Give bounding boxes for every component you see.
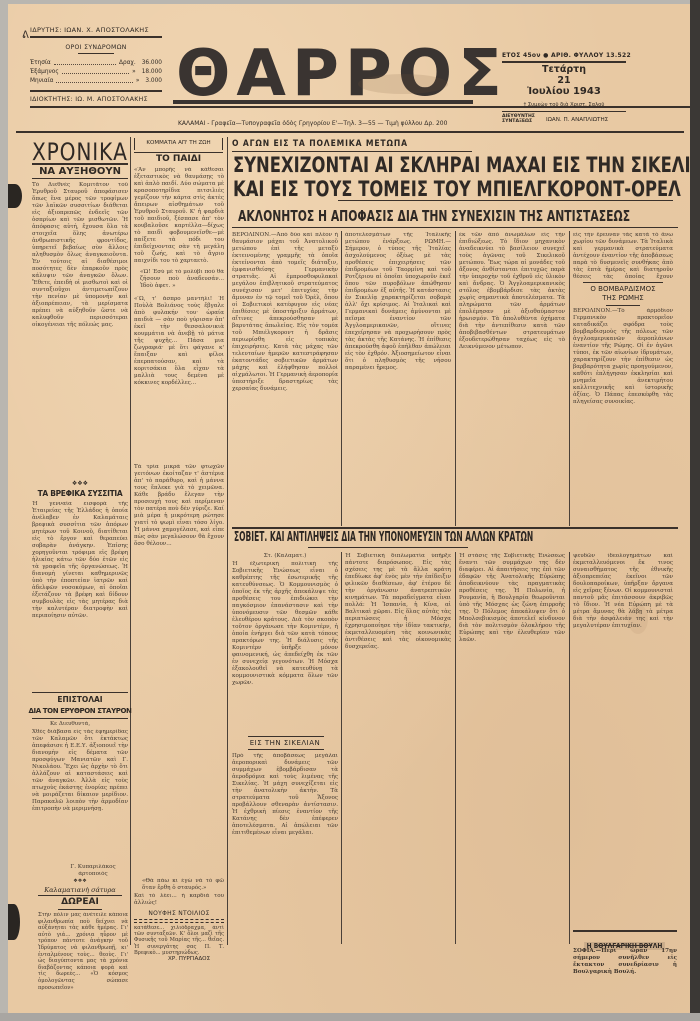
article-body: Τὸ Διεθνὲς Κομιτᾶτον τοῦ Ἐρυθροῦ Σταυροῦ… [32, 182, 128, 476]
dot-leader [62, 68, 129, 74]
scan-edge-right [690, 0, 700, 1021]
paper-damage [8, 904, 20, 940]
article-quote: «Θὰ πάω κι ἐγὼ νὰ τὸ φῶ ὅταν ἔρθη ὁ σταυ… [142, 878, 224, 892]
headline-underline [338, 200, 673, 201]
founder-rule [30, 36, 162, 38]
director-name: ΙΩΑΝ. Π. ΑΝΑΠΛΙΩΤΗΣ [546, 117, 608, 123]
issue-rule [502, 61, 626, 63]
letter-signature: Γ. Κυπαριλάκος [58, 864, 128, 871]
article-title-rule [32, 178, 128, 179]
subscription-row: Ἑξάμηνος » 18.000 [30, 68, 162, 77]
subscription-row: Μηνιαία » 3.000 [30, 77, 162, 86]
bulgaria-article-body: ΣΟΦΙΑ.—Περὶ ὥραν 17ην σήμερον συνῆλθεν ε… [573, 948, 677, 978]
owner-line: ΙΔΙΟΚΤΗΤΗΣ: ΙΩ. Μ. ΑΠΟΣΤΟΛΑΚΗΣ [30, 96, 148, 103]
kicker-rule [134, 152, 223, 153]
subscription-price: 36.000 [142, 59, 162, 68]
article-body: «Ὢ, τ' ἄσπρο μαντήλι! Ἡ Ποὺλὰ Βολιάνος τ… [134, 296, 224, 462]
subscription-title-rule [78, 53, 114, 54]
stain [628, 604, 648, 634]
column-divider [227, 137, 228, 945]
soviet-col-3: Ἡ στάσις τῆς Σοβιετικῆς Ἑνώσεως ἔναντι τ… [459, 553, 565, 943]
kicker-rule [232, 151, 472, 152]
subscription-price: 18.000 [142, 68, 162, 77]
article-title-na-afxithoun: ΝΑ ΑΥΞΗΘΟΥΝ [32, 166, 128, 177]
subhead-rule [232, 227, 678, 228]
section-rule [248, 749, 324, 750]
wavy-divider [134, 919, 224, 923]
letter-salutation: Κε Διευθυντά, [50, 721, 128, 728]
article-title-rule [58, 909, 102, 910]
article-title-rule [32, 718, 128, 719]
satire-kicker: Καλαματιανὴ σάτυρα [32, 886, 128, 894]
section-rule [32, 163, 128, 165]
subscription-table: Ἐτησία Δραχ. 36.000 Ἑξάμηνος » 18.000 Μη… [30, 59, 162, 86]
soviet-headline: ΣΟΒΙΕΤ. ΚΑΙ ΑΝΤΙΛΗΨΕΙΣ ΔΙΑ ΤΗΝ ΥΠΟΝΟΜΕΥΣ… [234, 531, 533, 544]
footer-text: κατάθεσε... χιλιόδραχμα, ἀντὶ τῶν συνταξ… [134, 925, 224, 955]
sicily-article-body: Πρὸ τῆς ἀποβάσεως μεγάλαι ἀεροπορικαὶ δυ… [232, 753, 338, 943]
article-closing: Καὶ τὸ λέει... ἡ καρδιά του ἀλλιώς! [134, 893, 224, 907]
footer-signature: ΧΡ. ΠΥΡΓΙΑΔΟΣ [168, 956, 210, 962]
subscription-title: ΟΡΟΙ ΣΥΝΔΡΟΜΩΝ [30, 44, 162, 51]
column-divider [341, 552, 342, 944]
weekday: Τετάρτη [502, 64, 626, 75]
article-signature: ΝΟΥΦΗΣ ΝΤΟΙΛΙΟΣ [134, 910, 224, 917]
column-divider [569, 231, 570, 526]
subscription-currency: » [132, 68, 136, 77]
section-rule [573, 930, 677, 932]
section-title-chronika: ΧΡΟΝΙΚΑ [32, 138, 128, 166]
column-divider [569, 552, 570, 944]
director-label: ΔΙΕΥΘΥΝΤΗΣ ΣΥΝΤΑΞΕΩΣ [502, 114, 535, 124]
rome-title-1: Ο ΒΟΜΒΑΡΔΙΣΜΟΣ [573, 285, 673, 294]
sicily-title: ΕΙΣ ΤΗΝ ΣΙΚΕΛΙΑΝ [232, 739, 338, 747]
newspaper-page: ΙΔΡΥΤΗΣ: ΙΩΑΝ. Χ. ΑΠΟΣΤΟΛΑΚΗΣ ΟΡΟΙ ΣΥΝΔΡ… [8, 4, 692, 1014]
subscription-label: Μηνιαία [30, 77, 53, 86]
column-divider [455, 231, 456, 526]
dot-leader [56, 77, 132, 83]
article-quote: «Ὡ! Ἐσὺ μὲ τὸ μολύβι ποὺ θὰ ζήσουν ποὺ ἀ… [140, 269, 224, 293]
director-label-2: ΣΥΝΤΑΞΕΩΣ [502, 119, 535, 124]
section-rule [248, 736, 324, 737]
satire-rule [38, 895, 122, 896]
divider-ornament: ❖❖❖ [32, 878, 128, 884]
rome-title-rule [606, 305, 640, 306]
subscription-price: 3.000 [145, 77, 162, 86]
war-news-col-4: εἰς τὴν ἔρευναν τὰς κατὰ τὸ ἄνω χωρίου τ… [573, 232, 673, 280]
scan-edge-bottom [0, 1013, 700, 1021]
founder-line: ΙΔΡΥΤΗΣ: ΙΩΑΝ. Χ. ΑΠΟΣΤΟΛΑΚΗΣ [30, 26, 149, 34]
rome-rule [583, 282, 663, 283]
date-block: Τετάρτη 21 Ἰουλίου 1943 [502, 64, 626, 97]
soviet-col-4: ψευδῶν ἰδεολογημάτων καὶ ἐκμεταλλευόμενο… [573, 553, 673, 925]
subscription-currency: » [136, 77, 140, 86]
article-body: Τὰ τρία μικρὰ τῶν φτωχῶν γειτόνων ἐκοίτα… [134, 464, 224, 872]
section-rule [232, 527, 678, 529]
headline-sicily: ΣΥΝΕΧΙΖΟΝΤΑΙ ΑΙ ΣΚΛΗΡΑΙ ΜΑΧΑΙ ΕΙΣ ΤΗΝ ΣΙ… [233, 155, 700, 176]
corner-mark: ᕕ [22, 30, 29, 41]
newspaper-title: ΘΑΡΡΟΣ [176, 42, 508, 106]
address-line: ΚΑΛΑΜΑΙ - Γραφεῖα—Τυπογραφεῖα ὁδὸς Γρηγο… [178, 120, 447, 127]
stain [358, 74, 448, 94]
column-divider [130, 137, 131, 945]
subscription-label: Ἑξάμηνος [30, 68, 59, 77]
rome-title: Ο ΒΟΜΒΑΡΔΙΣΜΟΣ ΤΗΣ ΡΩΜΗΣ [573, 285, 673, 303]
subheadline: ΑΚΛΟΝΗΤΟΣ Η ΑΠΟΦΑΣΙΣ ΔΙΑ ΤΗΝ ΣΥΝΕΧΙΣΙΝ Τ… [238, 209, 630, 224]
subscription-label: Ἐτησία [30, 59, 51, 68]
article-body: Ἡ γενναία εισφορὰ τῆς Ἑταιρείας τῆς Ἑλλά… [32, 501, 128, 689]
war-news-col-2: ἀποτελεσμάτων τῆς Ἰταλικῆς μετώπου ἐνάρξ… [345, 232, 451, 524]
letters-kicker: ΕΠΙΣΤΟΛΑΙ [32, 695, 128, 704]
paper-damage [8, 184, 22, 208]
subscription-row: Ἐτησία Δραχ. 36.000 [30, 59, 162, 68]
day: 21 [502, 75, 626, 86]
war-news-kicker: Ο ΑΓΩΝ ΕΙΣ ΤΑ ΠΟΛΕΜΙΚΑ ΜΕΤΩΠΑ [232, 139, 408, 149]
rome-title-2: ΤΗΣ ΡΩΜΗΣ [573, 294, 673, 303]
soviet-col-2: Ἡ Σοβιετικὴ διπλωματία ὑπῆρξε πάντοτε δι… [345, 553, 451, 943]
article-body: Χθὲς διάβασα εἰς τὰς ἐφημερίδας τῶν Καλα… [32, 729, 128, 861]
column-divider [341, 231, 342, 526]
title-underline [173, 100, 473, 104]
soviet-col-1: Ἡ ἐξωτερικὴ πολιτικὴ τῆς Σοβιετικῆς Ἑνώσ… [232, 561, 338, 733]
column-divider [455, 552, 456, 944]
article-body: «Ἂν μπορῆς νὰ κάθεσαι ἐξεταστικὸς νὰ θαυ… [134, 167, 224, 267]
dot-leader [54, 59, 116, 65]
divider-ornament: ❖❖❖ [32, 480, 128, 487]
kicker-box: ΚΟΜΜΑΤΙΑ ΑΠ' ΤΗ ΖΩΗ [134, 138, 223, 150]
issue-line: ΕΤΟΣ 45ον ● ΑΡΙΘ. ΦΥΛΛΟΥ 13.522 [502, 52, 631, 59]
rome-article-body: ΒΕΡΟΛΙΝΟΝ.—Τὸ ἀρμόδιον Γερμανικὸν πρακτο… [573, 308, 673, 524]
section-rule [32, 692, 128, 693]
article-title-to-paidi: ΤΟ ΠΑΙΔΙ [134, 154, 223, 164]
headline-belgorod-orel: ΚΑΙ ΕΙΣ ΤΟΥΣ ΤΟΜΕΙΣ ΤΟΥ ΜΠΙΕΛΓΚΟΡΟΝΤ-ΟΡΕ… [233, 179, 681, 200]
column-kicker: ΚΟΜΜΑΤΙΑ ΑΠ' ΤΗ ΖΩΗ [135, 138, 222, 149]
war-news-col-3: ἐκ τῶν ἀπὸ ἀνωμάλων εἰς τὴν ἐπιδιώξεως. … [459, 232, 565, 524]
headline-underline [308, 547, 468, 548]
subscription-currency: Δραχ. [119, 59, 136, 68]
dateline: Στ. (Καλαματ.) [232, 553, 338, 560]
subscription-rule [30, 90, 162, 92]
article-title-dorea: ΔΩΡΕΑΙ [32, 897, 128, 907]
war-news-col-1: ΒΕΡΟΛΙΝΟΝ.—Ἀπὸ δύο καὶ πλέον ἡ θαυμάσιον… [232, 232, 338, 524]
director-rule [502, 111, 626, 112]
saint-of-day: † Συμεὼν τοῦ διὰ Χριστ. Σαλοῦ [502, 102, 626, 108]
month-year: Ἰουλίου 1943 [502, 86, 626, 97]
article-title-vrefika: ΤΑ ΒΡΕΦΙΚΑ ΣΥΣΣΙΤΙΑ [32, 489, 128, 498]
section-rule [598, 945, 652, 946]
letter-signature-role: ἀρτοποιός [58, 871, 128, 878]
satire-poem: Στὴν πόλιν μας ἀνέτειλε κάποια φιλανθρωπ… [38, 912, 128, 996]
article-title-erythros-stavros: ΔΙΑ ΤΟΝ ΕΡΥΘΡΟΝ ΣΤΑΥΡΟΝ [28, 707, 132, 715]
header-divider [16, 131, 684, 133]
